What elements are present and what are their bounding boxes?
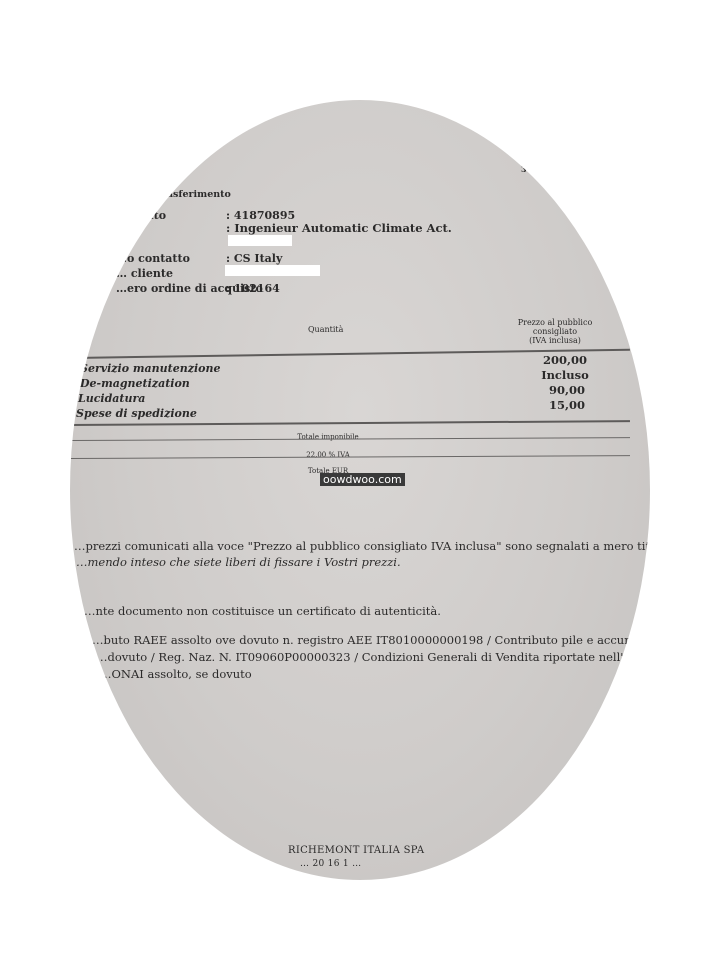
price-header-line: Prezzo al pubblico (515, 318, 595, 327)
line-item-label: De-magnetization (80, 377, 190, 390)
note-raee-line-2: …dovuto / Reg. Naz. N. IT09060P00000323 … (96, 649, 650, 665)
footer-company: RICHEMONT ITALIA SPA (288, 845, 424, 856)
redaction-box (228, 235, 292, 246)
column-header-quantity: Quantità (308, 325, 343, 334)
line-item-label: Servizio manutenzione (80, 362, 221, 375)
price-header-line: (IVA inclusa) (515, 336, 595, 345)
line-item-price: Incluso (530, 368, 600, 382)
detail-value-contact: : CS Italy (226, 252, 282, 265)
table-rule (70, 420, 630, 426)
watermark: oowdwoo.com (320, 473, 405, 486)
note-certificate: …nte documento non costituisce un certif… (84, 603, 441, 619)
detail-value-model: : Ingenieur Automatic Climate Act. (226, 221, 452, 235)
detail-label-contact: …o contatto (116, 252, 190, 265)
document-photo-crop: 3 / …trasferimento …mento : 41870895 : I… (70, 100, 650, 880)
line-item-price: 15,00 (532, 398, 602, 412)
note-prices-line-1: …prezzi comunicati alla voce "Prezzo al … (74, 538, 650, 554)
footer-address: … 20 16 1 … (300, 859, 361, 869)
page-marker: 3 / (521, 164, 532, 174)
column-header-price: Prezzo al pubblico consigliato (IVA incl… (515, 318, 595, 345)
detail-label-ref: …mento (116, 209, 166, 222)
section-title: …trasferimento (148, 189, 231, 200)
note-raee-line-1: …buto RAEE assolto ove dovuto n. registr… (92, 632, 647, 648)
detail-label-customer: … cliente (116, 267, 173, 280)
detail-label-serial: …i (116, 237, 131, 250)
note-raee-line-3: …ONAI assolto, se dovuto (100, 666, 252, 682)
detail-value-order: : 102164 (226, 282, 280, 295)
line-item-label: Spese di spedizione (76, 407, 197, 420)
redaction-box (225, 265, 320, 276)
line-item-price: 200,00 (530, 353, 600, 367)
note-prices-line-2: …mendo inteso che siete liberi di fissar… (76, 554, 401, 570)
line-item-price: 90,00 (532, 383, 602, 397)
line-item-label: Lucidatura (78, 392, 145, 405)
price-header-line: consigliato (515, 327, 595, 336)
document-page: 3 / …trasferimento …mento : 41870895 : I… (70, 100, 650, 880)
